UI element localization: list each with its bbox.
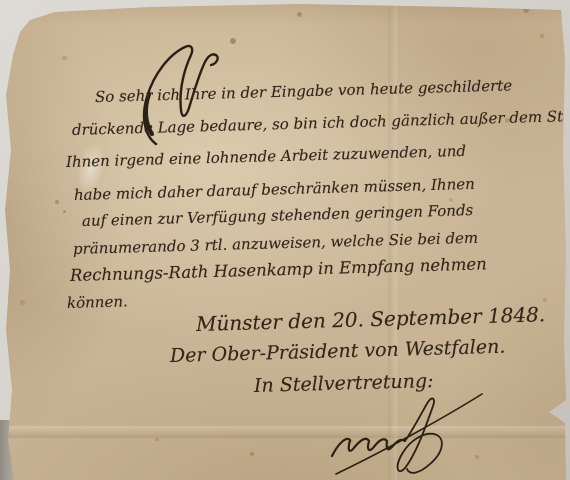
dateline: Münster den 20. September 1848. — [196, 302, 546, 336]
sender-line: Der Ober-Präsident von Westfalen. — [170, 336, 506, 367]
foxing-spot — [297, 12, 302, 17]
handwritten-line: Ihnen irgend eine lohnende Arbeit zuzuwe… — [66, 142, 466, 171]
handwritten-line: habe mich daher darauf beschränken müsse… — [74, 175, 475, 204]
foxing-spot — [250, 452, 254, 456]
foxing-spot — [523, 8, 529, 13]
handwritten-line: pränumerando 3 rtl. anzuweisen, welche S… — [73, 229, 479, 258]
handwritten-line: Rechnungs-Rath Hasenkamp in Empfang nehm… — [70, 254, 487, 285]
foxing-spot — [155, 438, 159, 441]
foxing-spot — [55, 200, 59, 204]
photo-of-letter: { "meta": { "description": "Fotografie e… — [0, 0, 570, 480]
foxing-spot — [20, 300, 25, 305]
handwritten-line: auf einen zur Verfügung stehenden gering… — [82, 201, 474, 230]
foxing-spot — [230, 38, 236, 44]
handwritten-line: können. — [67, 292, 128, 312]
foxing-spot — [540, 34, 544, 38]
foxing-spot — [63, 210, 66, 213]
signature — [322, 388, 497, 480]
foxing-spot — [62, 56, 67, 60]
letter-paper: So sehr ich Ihre in der Eingabe von heut… — [0, 0, 570, 480]
